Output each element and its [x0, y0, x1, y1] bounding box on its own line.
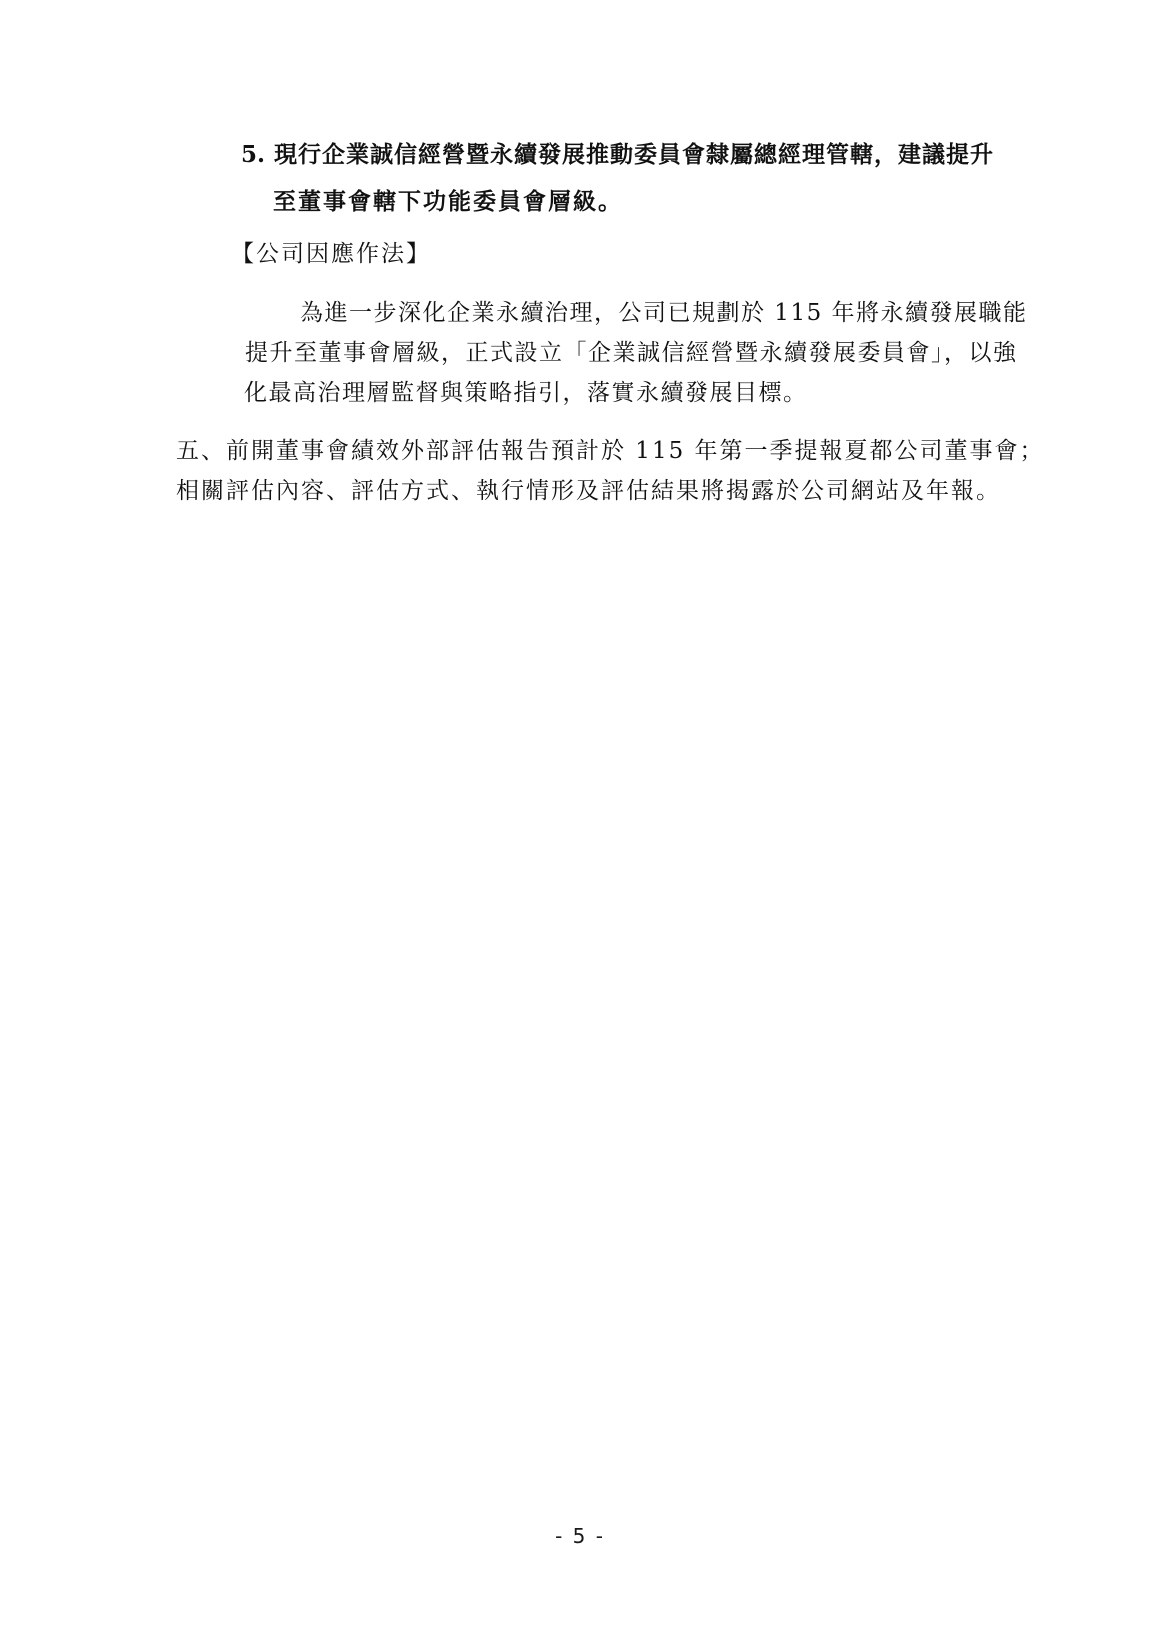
item-5-heading-text: 現行企業誠信經營暨永續發展推動委員會隸屬總經理管轄，建議提升: [274, 141, 994, 168]
item-5-number-marker: 5.: [241, 141, 265, 169]
response-paragraph-line-3: 化最高治理層監督與策略指引，落實永續發展目標。: [244, 379, 808, 407]
company-response-label: 【公司因應作法】: [231, 240, 431, 268]
item-5-heading-line-2: 至董事會轄下功能委員會層級。: [273, 188, 623, 216]
page-number: - 5 -: [0, 1524, 1160, 1548]
response-paragraph-line-2: 提升至董事會層級，正式設立「企業誠信經營暨永續發展委員會」，以強: [245, 339, 1018, 367]
item-five-line-1: 五、前開董事會績效外部評估報告預計於 115 年第一季提報夏都公司董事會；: [176, 437, 1045, 465]
item-5-heading-line-1: 5.現行企業誠信經營暨永續發展推動委員會隸屬總經理管轄，建議提升: [241, 141, 994, 169]
response-paragraph-line-1: 為進一步深化企業永續治理，公司已規劃於 115 年將永續發展職能: [300, 299, 1028, 327]
item-five-line-2: 相關評估內容、評估方式、執行情形及評估結果將揭露於公司網站及年報。: [176, 477, 1001, 505]
document-page: 5.現行企業誠信經營暨永續發展推動委員會隸屬總經理管轄，建議提升 至董事會轄下功…: [0, 0, 1160, 1640]
